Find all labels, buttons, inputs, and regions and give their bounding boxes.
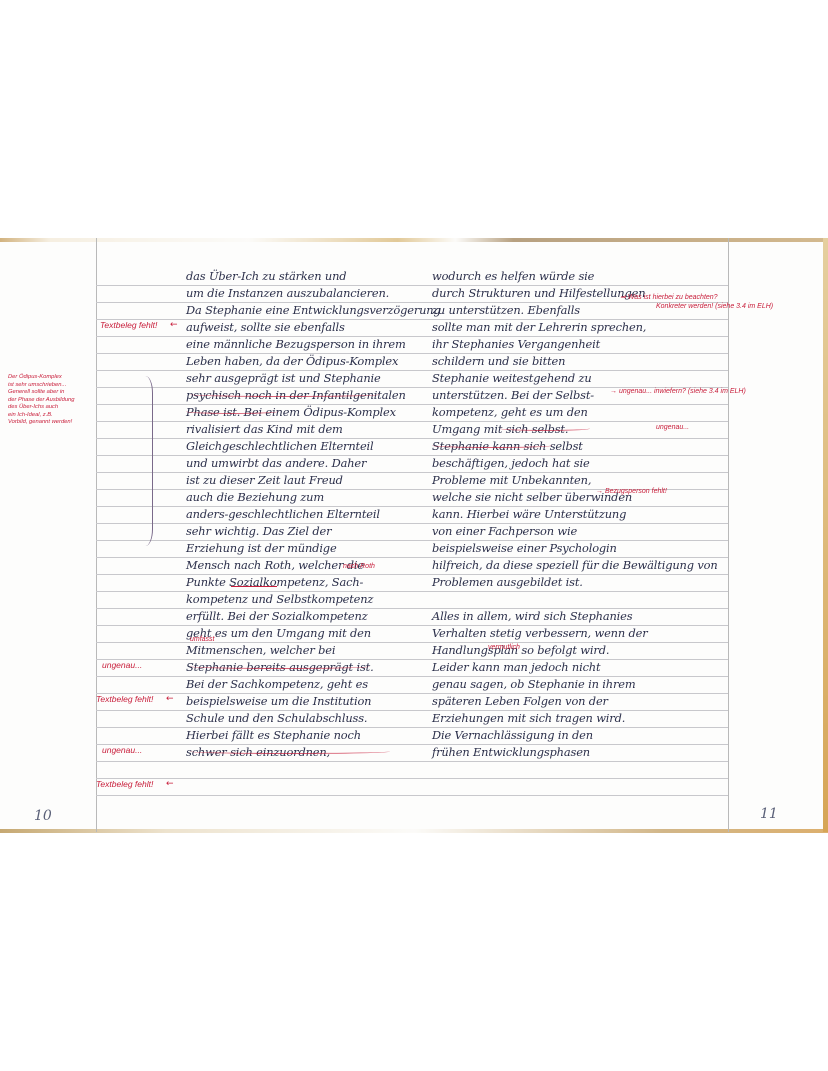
text-line: Bei der Sachkompetenz, geht es [186, 676, 441, 693]
arrow-left-icon: ← [166, 694, 174, 704]
text-line: das Über-Ich zu stärken und [186, 268, 441, 285]
margin-note-textbeleg: Textbeleg fehlt! [96, 779, 153, 789]
text-line: beschäftigen, jedoch hat sie [432, 455, 718, 472]
text-line: Mensch nach Roth, welcher die [186, 557, 441, 574]
side-comment: Der Ödipus-Komplex ist sehr umschrieben.… [8, 374, 75, 427]
text-line: beispielsweise einer Psychologin [432, 540, 718, 557]
text-line: Hierbei fällt es Stephanie noch [186, 727, 441, 744]
page-edge-bottom [0, 829, 828, 833]
text-line: kompetenz, geht es um den [432, 404, 718, 421]
text-line [432, 591, 718, 608]
side-comment-line: ein Ich-Ideal, z.B. [8, 412, 75, 420]
underline-mark [500, 426, 590, 431]
margin-note-textbeleg: Textbeleg fehlt! [96, 694, 153, 704]
ruled-line [96, 761, 728, 762]
text-line: Probleme mit Unbekannten, [432, 472, 718, 489]
side-comment-line: Generell sollte aber in [8, 389, 75, 397]
brace-bracket-icon [138, 376, 153, 546]
text-line: ist zu dieser Zeit laut Freud [186, 472, 441, 489]
margin-note-ungenau: ungenau... [656, 424, 689, 432]
margin-line-right [728, 238, 729, 832]
margin-note-hint: Konkreter werden! (siehe 3.4 im ELH) [656, 303, 773, 311]
side-comment-line: Vorbild, genannt werden! [8, 419, 75, 427]
text-line: Punkte Sozialkompetenz, Sach- [186, 574, 441, 591]
left-page-text: das Über-Ich zu stärken und um die Insta… [186, 268, 441, 761]
inline-correction: nach Roth [343, 563, 375, 571]
inline-correction: vermutlich [488, 644, 520, 652]
underline-mark [186, 409, 278, 414]
text-line: eine männliche Bezugsperson in ihrem [186, 336, 441, 353]
text-line: sollte man mit der Lehrerin sprechen, [432, 319, 718, 336]
text-line: hilfreich, da diese speziell für die Bew… [432, 557, 718, 574]
underline-mark [190, 392, 380, 397]
inline-correction: umfasst [190, 636, 215, 644]
text-line: Erziehungen mit sich tragen wird. [432, 710, 718, 727]
text-line: geht es um den Umgang mit den [186, 625, 441, 642]
arrow-left-icon: ← [170, 320, 178, 330]
margin-note-hint: ⇒ Was ist hierbei zu beachten? [620, 294, 718, 302]
text-line: kompetenz und Selbstkompetenz [186, 591, 441, 608]
margin-note-ungenau: ungenau... [102, 745, 142, 755]
text-line: Handlungsplan so befolgt wird. [432, 642, 718, 659]
text-line: Problemen ausgebildet ist. [432, 574, 718, 591]
text-line: frühen Entwicklungsphasen [432, 744, 718, 761]
margin-line-left [96, 238, 97, 832]
text-line: auch die Beziehung zum [186, 489, 441, 506]
arrow-left-icon: ← [166, 779, 174, 789]
side-comment-line: des Über-Ichs auch [8, 404, 75, 412]
underline-mark [190, 664, 370, 669]
page-number-right: 11 [760, 806, 778, 822]
text-line: sehr wichtig. Das Ziel der [186, 523, 441, 540]
text-line: um die Instanzen auszubalancieren. [186, 285, 441, 302]
text-line: Leben haben, da der Ödipus-Komplex [186, 353, 441, 370]
text-line: Alles in allem, wird sich Stephanies [432, 608, 718, 625]
text-line: Schule und den Schulabschluss. [186, 710, 441, 727]
text-line: beispielsweise um die Institution [186, 693, 441, 710]
text-line: Erziehung ist der mündige [186, 540, 441, 557]
side-comment-line: der Phase der Ausbildung [8, 397, 75, 405]
text-line: von einer Fachperson wie [432, 523, 718, 540]
ruled-line [96, 778, 728, 779]
strikethrough-mark [231, 586, 277, 587]
side-comment-line: ist sehr umschrieben... [8, 382, 75, 390]
margin-note-ungenau: → ungenau... inwiefern? (siehe 3.4 im EL… [610, 388, 746, 396]
text-line: und umwirbt das andere. Daher [186, 455, 441, 472]
side-comment-line: Der Ödipus-Komplex [8, 374, 75, 382]
margin-note-bezugsperson: → Bezugsperson fehlt! [596, 488, 667, 496]
text-line: aufweist, sollte sie ebenfalls [186, 319, 441, 336]
page-number-left: 10 [34, 808, 52, 824]
text-line: wodurch es helfen würde sie [432, 268, 718, 285]
text-line: ihr Stephanies Vergangenheit [432, 336, 718, 353]
underline-mark [432, 443, 552, 448]
text-line: erfüllt. Bei der Sozialkompetenz [186, 608, 441, 625]
right-page-text: wodurch es helfen würde sie durch Strukt… [432, 268, 718, 761]
ruled-line [96, 795, 728, 796]
margin-note-textbeleg: Textbeleg fehlt! [100, 320, 157, 330]
text-line: rivalisiert das Kind mit dem [186, 421, 441, 438]
text-line: welche sie nicht selber überwinden [432, 489, 718, 506]
text-line: Die Vernachlässigung in den [432, 727, 718, 744]
text-line: Leider kann man jedoch nicht [432, 659, 718, 676]
text-line: schildern und sie bitten [432, 353, 718, 370]
underline-mark [190, 749, 390, 754]
page-edge-top [0, 238, 828, 242]
text-line: Verhalten stetig verbessern, wenn der [432, 625, 718, 642]
text-line: genau sagen, ob Stephanie in ihrem [432, 676, 718, 693]
margin-note-ungenau: ungenau... [102, 660, 142, 670]
text-line: Stephanie weitestgehend zu [432, 370, 718, 387]
text-line: kann. Hierbei wäre Unterstützung [432, 506, 718, 523]
text-line: anders-geschlechtlichen Elternteil [186, 506, 441, 523]
text-line: Gleichgeschlechtlichen Elternteil [186, 438, 441, 455]
text-line: Mitmenschen, welcher bei [186, 642, 441, 659]
text-line: Da Stephanie eine Entwicklungsverzögerun… [186, 302, 441, 319]
text-line: sehr ausgeprägt ist und Stephanie [186, 370, 441, 387]
page-edge-right [823, 238, 828, 832]
text-line: späteren Leben Folgen von der [432, 693, 718, 710]
